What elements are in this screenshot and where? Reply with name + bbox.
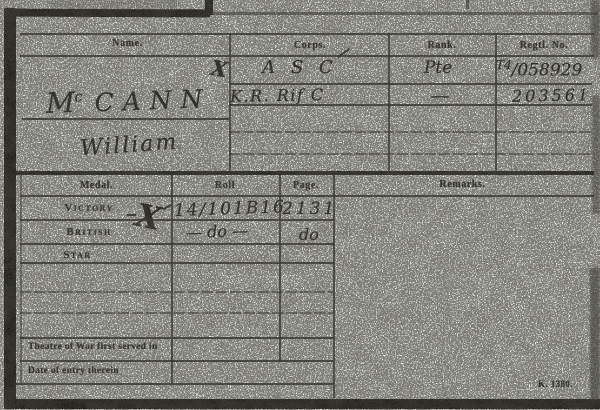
x-mark: X [209,55,229,82]
roll-column-header: Roll [173,180,277,191]
regtl-no-value-2: 203561 [512,85,591,105]
top-right-tick [466,0,469,9]
victory-roll-value: 14/101B16 [174,197,287,221]
rank-value-2: — [412,85,468,107]
british-roll-value: — do — [186,221,249,242]
column-divider [171,175,173,385]
medal-row-star-label: Star [30,249,125,261]
regtl-no-main: /058929 [512,61,583,81]
rank-column-header: Rank. [392,40,492,51]
right-edge-shadow-bottom [590,268,600,401]
rule-line [20,262,334,264]
rule-line [229,83,592,85]
scan-smudge-top [48,0,178,7]
name-column-header: Name. [30,38,225,49]
card-top-edge-thin [212,12,598,15]
section-divider [16,171,594,175]
page-column-header: Page. [281,180,331,191]
surname-initial: M [45,86,75,120]
surname-main: CANN [94,84,212,117]
rule-line [229,153,592,155]
medal-column-header: Medal. [24,180,169,191]
column-divider [495,33,497,172]
card-left-edge [4,8,16,405]
rule-line [20,33,594,35]
theatre-of-war-label: Theatre of War first served in [28,342,158,352]
form-code: K. 1380. [538,379,573,389]
surname-superscript: c [74,89,82,105]
corps-column-header: Corps. [235,40,385,51]
rule-line [229,131,592,133]
regtl-no-prefix: T4 [496,58,512,72]
remarks-column-header: Remarks. [335,179,590,190]
rule-line [20,312,334,314]
card-bottom-edge [4,399,600,409]
surname-value: McCANN [45,81,212,120]
card-top-edge [8,9,210,18]
table-left-edge [20,175,22,385]
british-page-value: do [299,225,319,244]
rule-line [20,360,334,362]
rule-line [20,195,594,197]
rule-line [20,337,334,339]
column-divider [388,33,390,172]
regtl-no-value-1: T4/058929 [496,58,582,81]
rank-value-1: Pte [408,58,468,78]
medal-index-card-scan: Name. Corps. Rank. Regtl. No. McCANN Wil… [0,0,600,410]
corps-value-1: A S C [240,57,360,78]
right-edge-shadow-top [591,0,600,58]
rule-line [12,383,334,385]
pen-dash [127,214,136,216]
corps-value-2: K.R. Rif C [230,85,325,106]
victory-page-value: 2131 [282,199,337,219]
rule-line [20,291,334,293]
date-of-entry-label: Date of entry therein [28,366,119,376]
regtl-no-column-header: Regtl. No. [498,40,590,51]
medal-row-victory-label: Victory [33,202,145,214]
forename-value: William [79,130,179,162]
rule-line [20,243,334,245]
medal-row-british-label: British [33,226,145,238]
